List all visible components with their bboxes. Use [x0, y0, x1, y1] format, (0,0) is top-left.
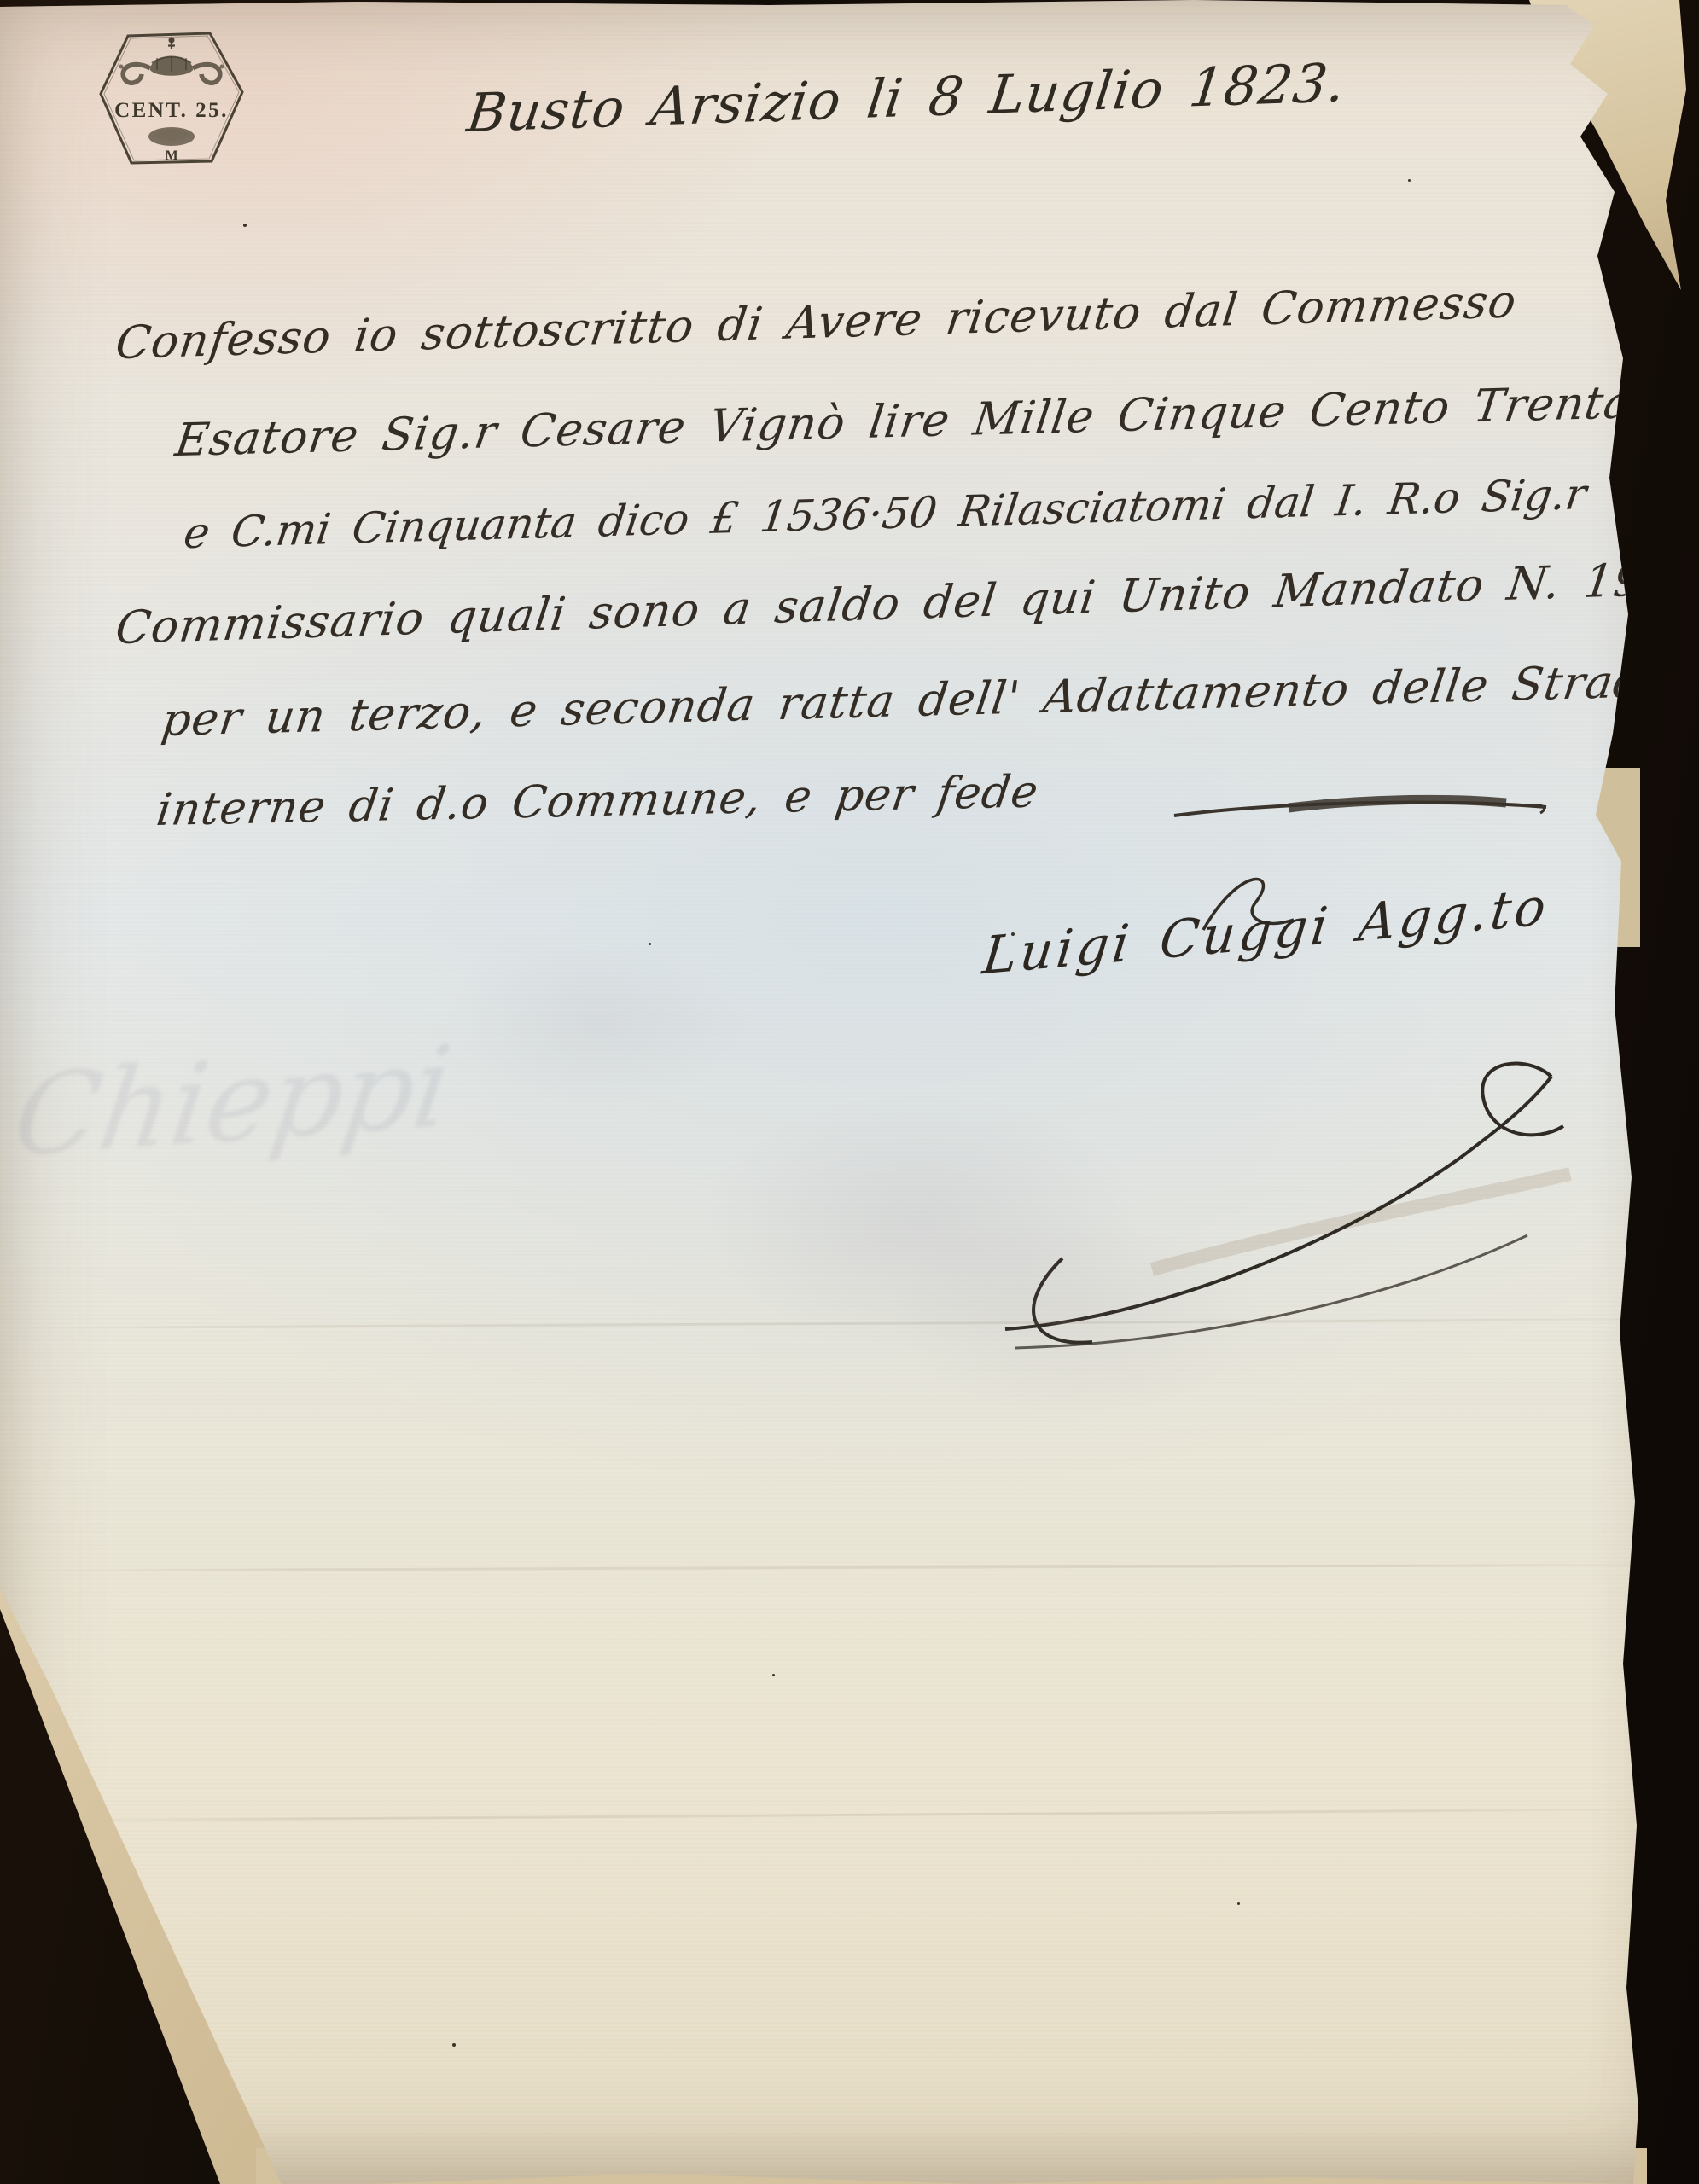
manuscript-page: CENT. 25. M Busto Arsizio li 8 Luglio 18…: [0, 0, 1699, 2184]
ink-speck: [772, 1674, 775, 1676]
bleedthrough-smudge: [887, 1211, 1263, 1416]
bleedthrough-smudge: [444, 938, 751, 1109]
handwritten-line: Esatore Sig.r Cesare Vignò lire Mille Ci…: [172, 375, 1699, 467]
paper-crease: [0, 1808, 1699, 1822]
tax-stamp: CENT. 25. M: [96, 29, 247, 170]
stamp-mint-letter: M: [165, 148, 177, 163]
ink-speck: [1011, 932, 1015, 936]
handwritten-line: per un terzo, e seconda ratta dell' Adat…: [159, 655, 1674, 747]
ink-speck: [452, 2043, 456, 2047]
handwritten-line: interne di d.o Commune, e per fede: [154, 766, 1042, 836]
handwritten-line: Commissario quali sono a saldo del qui U…: [113, 554, 1661, 654]
paper-crease: [0, 1564, 1699, 1572]
stamp-oval-smudge: [148, 127, 195, 146]
pen-dash-flourish-icon: [1169, 781, 1553, 833]
handwritten-line: Confesso io sottoscritto di Avere ricevu…: [113, 276, 1520, 369]
handwritten-dateline: Busto Arsizio li 8 Luglio 1823.: [463, 51, 1349, 144]
ink-speck: [243, 224, 247, 227]
stamp-value: CENT. 25.: [114, 99, 229, 122]
bleedthrough-text: Chieppi: [7, 1020, 459, 1182]
ink-speck: [1237, 1902, 1240, 1905]
ink-speck: [1408, 179, 1411, 182]
photographed-document: CENT. 25. M Busto Arsizio li 8 Luglio 18…: [0, 0, 1699, 2184]
handwritten-line: e C.mi Cinquanta dico £ 1536·50 Rilascia…: [181, 469, 1589, 558]
ink-speck: [649, 943, 651, 945]
crown-with-ribbons-icon: [119, 38, 224, 84]
